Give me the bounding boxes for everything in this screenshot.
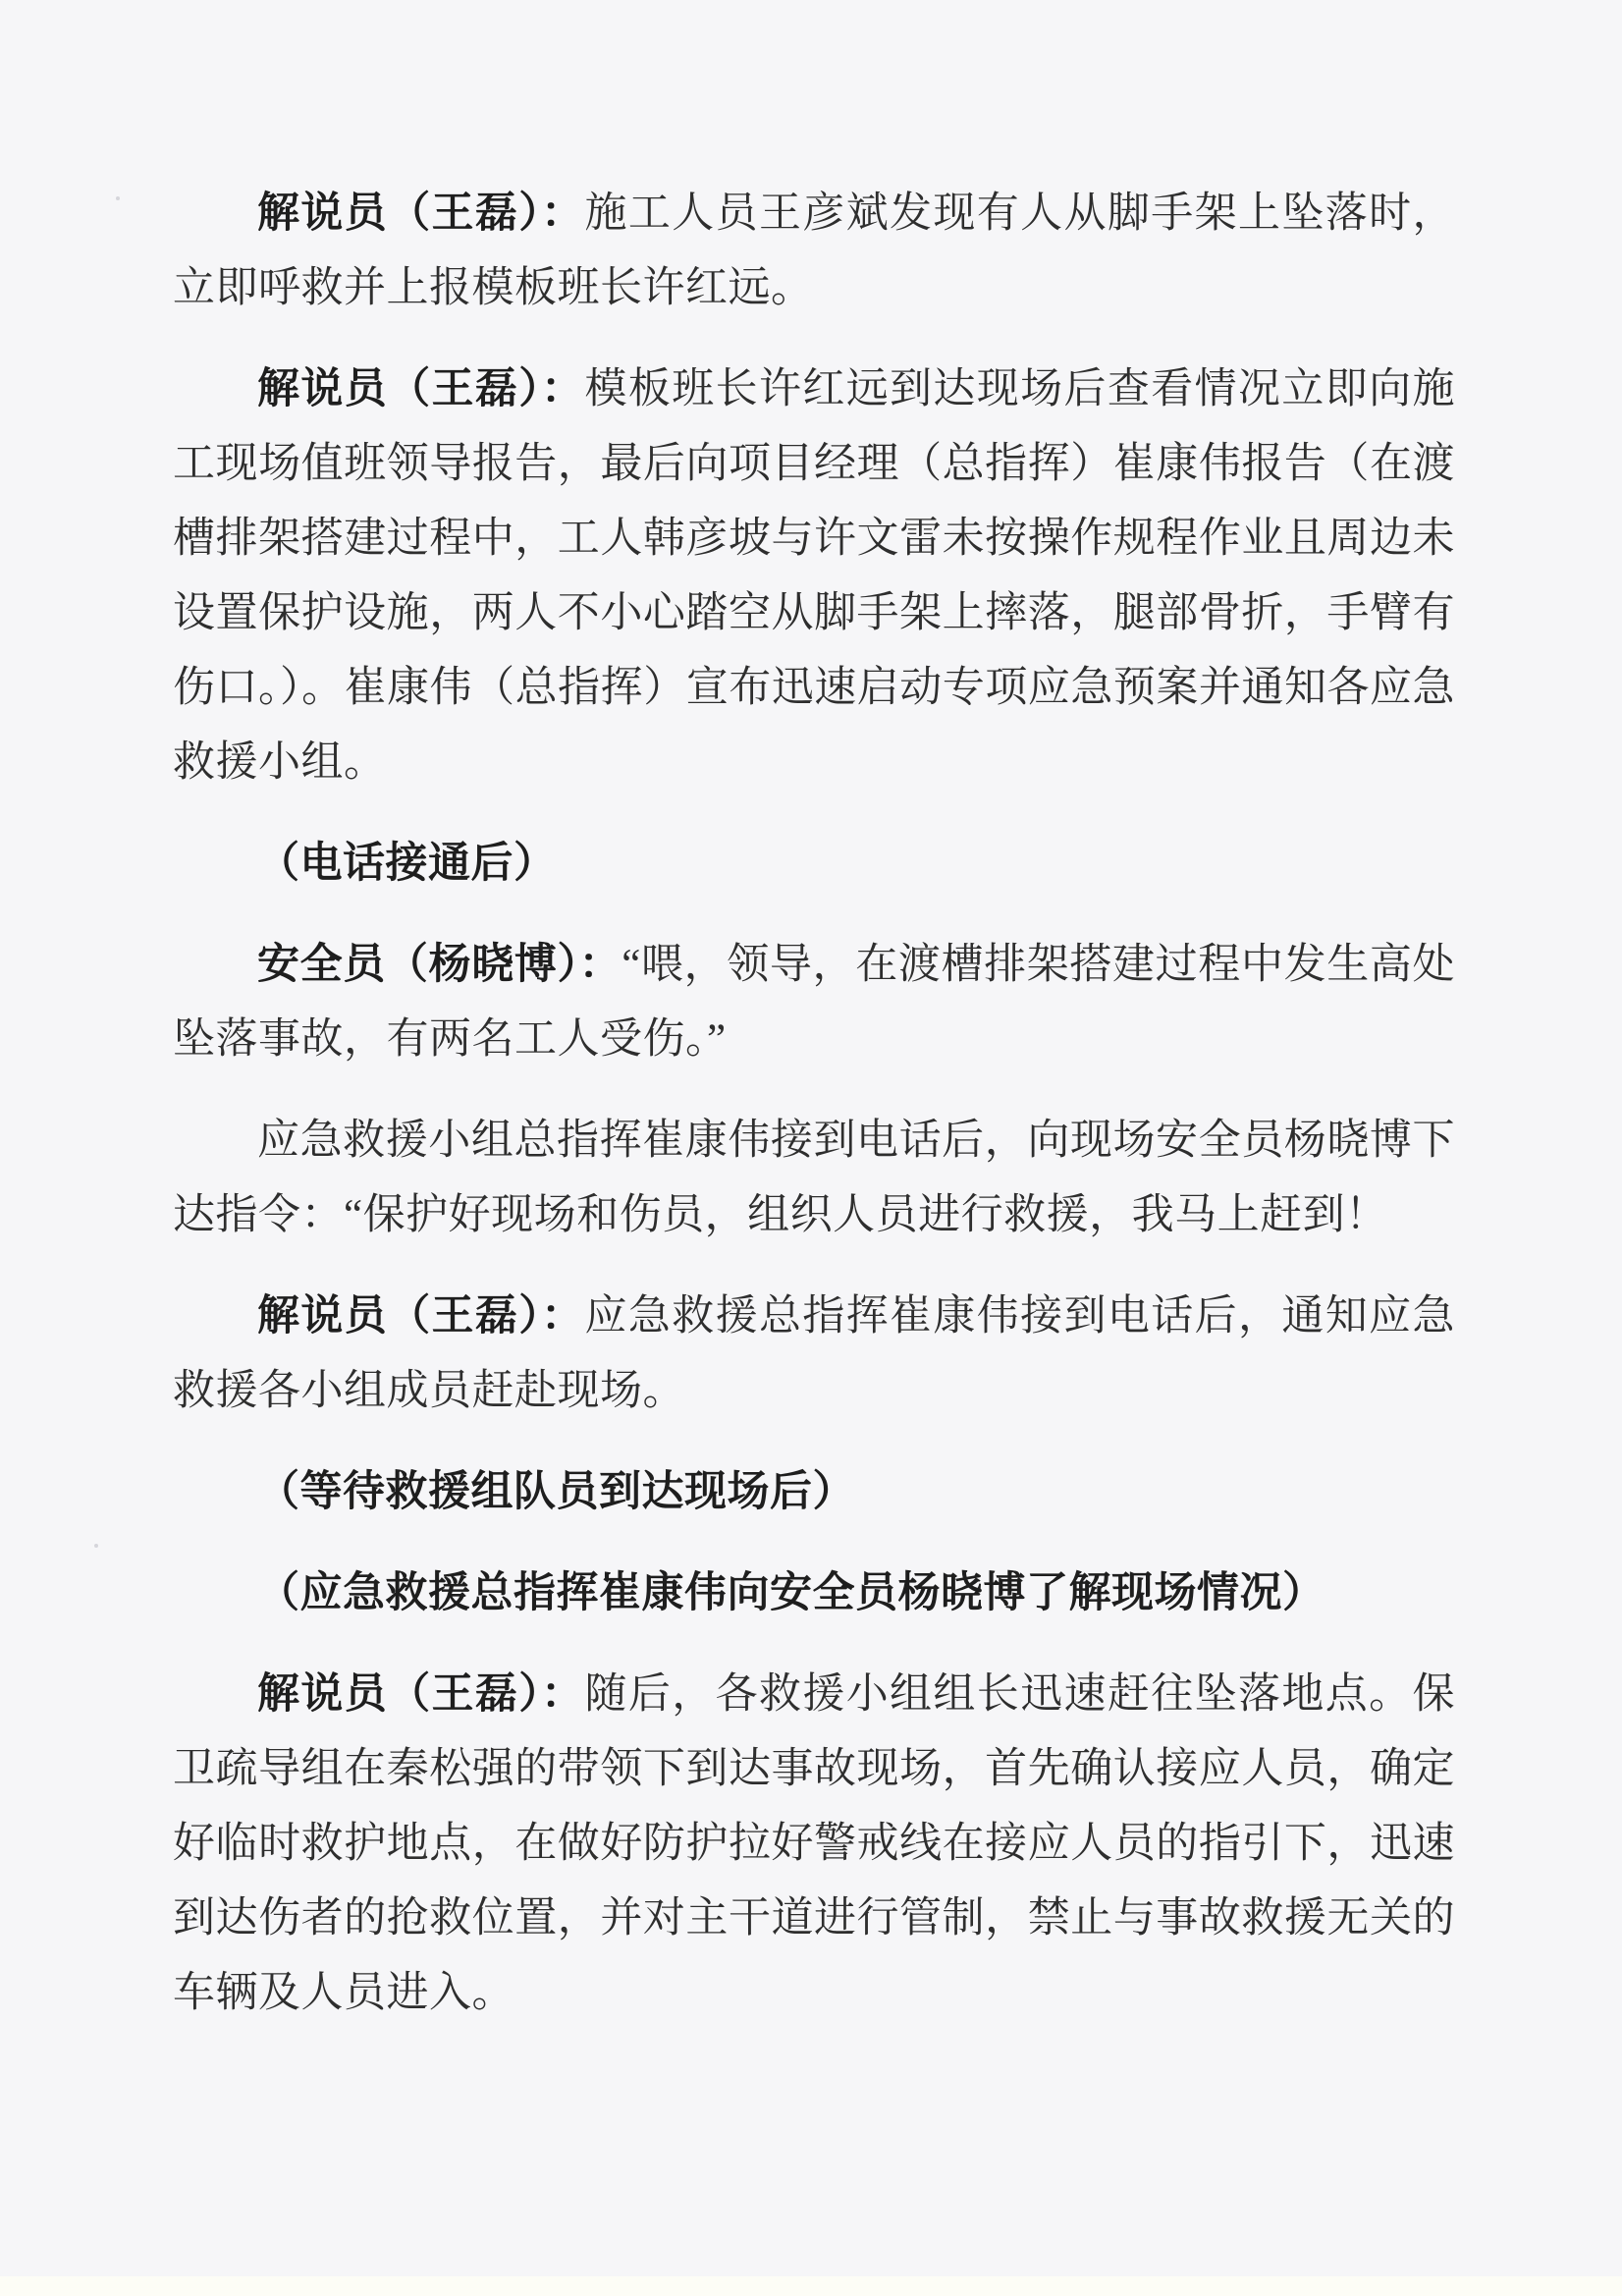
paragraph: 解说员（王磊）：施工人员王彦斌发现有人从脚手架上坠落时，立即呼救并上报模板班长许… (173, 177, 1455, 326)
stage-direction: （应急救援总指挥崔康伟向安全员杨晓博了解现场情况） (173, 1557, 1455, 1631)
speaker-label: 解说员（王磊）： (257, 191, 584, 237)
stage-direction: （电话接通后） (173, 827, 1455, 902)
paragraph-text: （应急救援总指挥崔康伟向安全员杨晓博了解现场情况） (257, 1570, 1325, 1616)
paragraph-text: 随后，各救援小组组长迅速赶往坠落地点。保卫疏导组在秦松强的带领下到达事故现场，首… (173, 1671, 1455, 2016)
paragraph-text: 模板班长许红远到达现场后查看情况立即向施工现场值班领导报告，最后向项目经理（总指… (173, 366, 1455, 786)
paragraph: 解说员（王磊）：模板班长许红远到达现场后查看情况立即向施工现场值班领导报告，最后… (173, 353, 1455, 800)
speaker-label: 安全员（杨晓博）： (257, 942, 622, 988)
scan-speck (116, 196, 120, 200)
paragraph: 安全员（杨晓博）：“喂，领导，在渡槽排架搭建过程中发生高处坠落事故，有两名工人受… (173, 928, 1455, 1077)
speaker-label: 解说员（王磊）： (257, 1671, 584, 1718)
paragraph: 解说员（王磊）：应急救援总指挥崔康伟接到电话后，通知应急救援各小组成员赶赴现场。 (173, 1280, 1455, 1429)
paragraph: 解说员（王磊）：随后，各救援小组组长迅速赶往坠落地点。保卫疏导组在秦松强的带领下… (173, 1658, 1455, 2031)
page-bottom-edge (0, 2276, 1622, 2296)
document-body: 解说员（王磊）：施工人员王彦斌发现有人从脚手架上坠落时，立即呼救并上报模板班长许… (173, 177, 1455, 2057)
stage-direction: （等待救援组队员到达现场后） (173, 1455, 1455, 1530)
speaker-label: 解说员（王磊）： (257, 366, 584, 412)
paragraph: 应急救援小组总指挥崔康伟接到电话后，向现场安全员杨晓博下达指令：“保护好现场和伤… (173, 1104, 1455, 1253)
paragraph-text: （等待救援组队员到达现场后） (257, 1469, 855, 1515)
paragraph-text: 应急救援小组总指挥崔康伟接到电话后，向现场安全员杨晓博下达指令：“保护好现场和伤… (173, 1118, 1455, 1238)
paragraph-text: （电话接通后） (257, 841, 557, 887)
scan-speck (94, 1544, 98, 1548)
document-page: 解说员（王磊）：施工人员王彦斌发现有人从脚手架上坠落时，立即呼救并上报模板班长许… (0, 0, 1622, 2296)
speaker-label: 解说员（王磊）： (257, 1293, 584, 1339)
